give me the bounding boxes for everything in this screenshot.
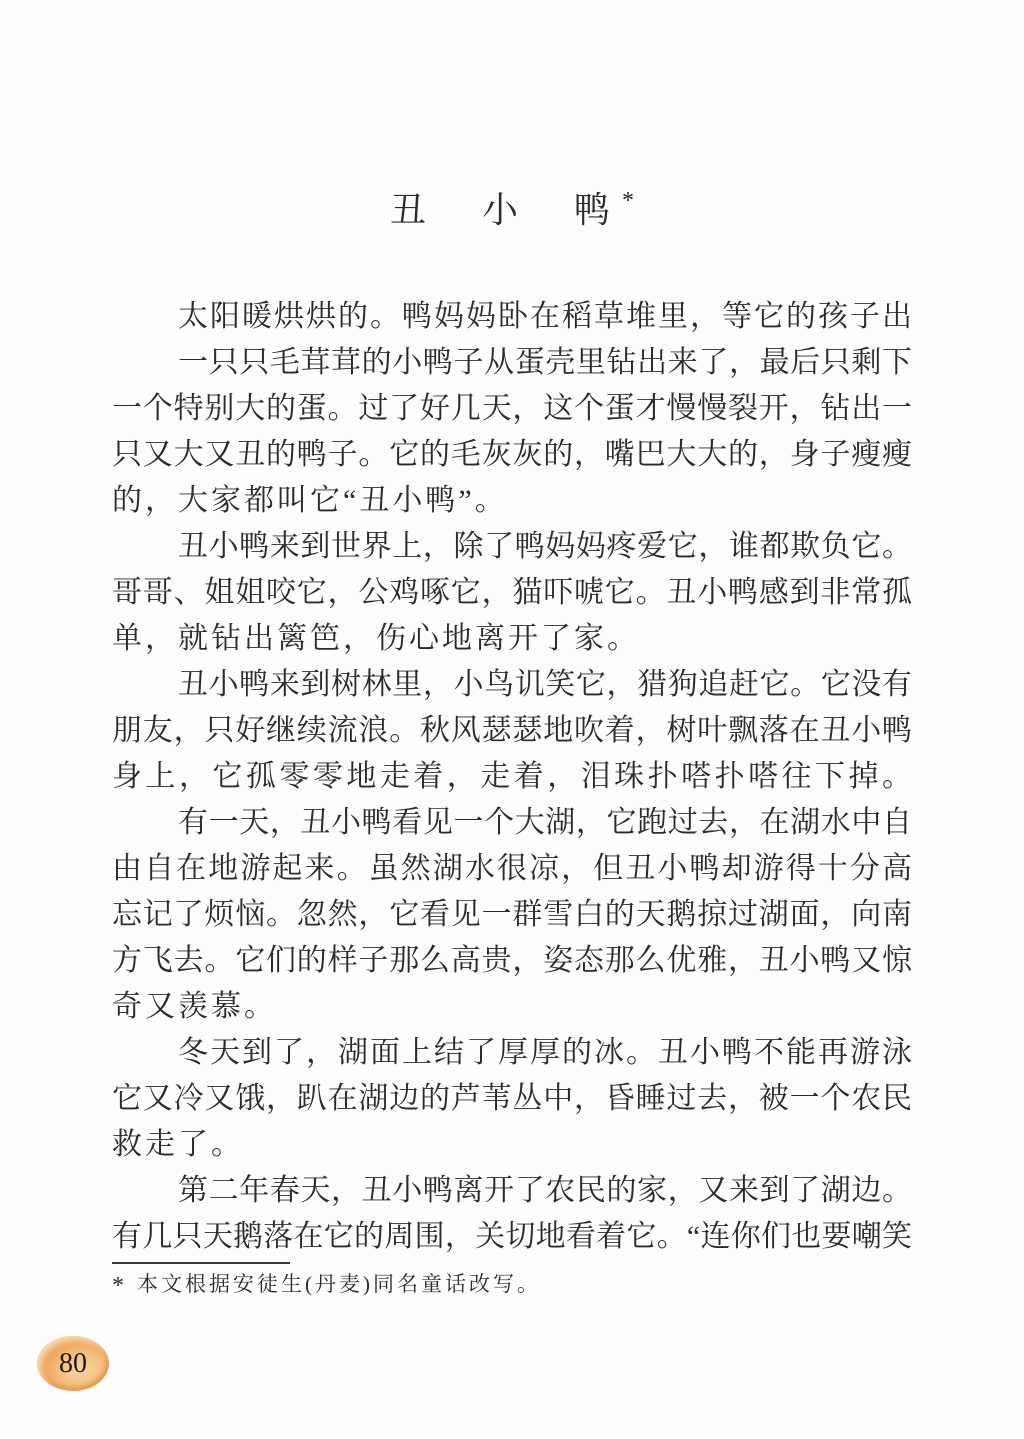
story-text: 太阳暖烘烘的。鸭妈妈卧在稻草堆里，等它的孩子出世。 一只只毛茸茸的小鸭子从蛋壳里… [112,294,912,1260]
text-line: 奇又羡慕。 [112,984,912,1030]
footnote-text-line: *本文根据安徒生(丹麦)同名童话改写。 [112,1271,912,1299]
text-line: 太阳暖烘烘的。鸭妈妈卧在稻草堆里，等它的孩子出世。 [112,294,912,340]
text-line: 身上，它孤零零地走着，走着，泪珠扑嗒扑嗒往下掉。 [112,754,912,800]
text-line: 一只只毛茸茸的小鸭子从蛋壳里钻出来了，最后只剩下 [112,340,912,386]
title-footnote-marker: * [622,188,634,214]
text-line: 冬天到了，湖面上结了厚厚的冰。丑小鸭不能再游泳了， [112,1030,912,1076]
footnote-rule [112,1262,290,1264]
footnote: *本文根据安徒生(丹麦)同名童话改写。 [112,1262,912,1299]
footnote-marker: * [112,1273,127,1299]
text-line: 有一天，丑小鸭看见一个大湖，它跑过去，在湖水中自 [112,800,912,846]
text-line: 的，大家都叫它“丑小鸭”。 [112,478,912,524]
text-line: 只又大又丑的鸭子。它的毛灰灰的，嘴巴大大的，身子瘦瘦 [112,432,912,478]
page-number: 80 [59,1348,87,1380]
text-line: 方飞去。它们的样子那么高贵，姿态那么优雅，丑小鸭又惊 [112,938,912,984]
text-line: 丑小鸭来到世界上，除了鸭妈妈疼爱它，谁都欺负它。 [112,524,912,570]
textbook-page: 丑 小 鸭* 太阳暖烘烘的。鸭妈妈卧在稻草堆里，等它的孩子出世。 一只只毛茸茸的… [0,0,1024,1439]
page-number-badge: 80 [37,1336,109,1391]
page-title: 丑 小 鸭* [0,182,1024,233]
text-line: 它又冷又饿，趴在湖边的芦苇丛中，昏睡过去，被一个农民 [112,1076,912,1122]
text-line: 忘记了烦恼。忽然，它看见一群雪白的天鹅掠过湖面，向南 [112,892,912,938]
text-line: 哥哥、姐姐咬它，公鸡啄它，猫吓唬它。丑小鸭感到非常孤 [112,570,912,616]
text-line: 单，就钻出篱笆，伤心地离开了家。 [112,616,912,662]
text-line: 救走了。 [112,1122,912,1168]
story-title-text: 丑 小 鸭 [390,190,620,230]
text-line: 一个特别大的蛋。过了好几天，这个蛋才慢慢裂开，钻出一 [112,386,912,432]
footnote-text: 本文根据安徒生(丹麦)同名童话改写。 [137,1272,541,1296]
text-line: 丑小鸭来到树林里，小鸟讥笑它，猎狗追赶它。它没有 [112,662,912,708]
text-line: 第二年春天，丑小鸭离开了农民的家，又来到了湖边。 [112,1168,912,1214]
text-line: 朋友，只好继续流浪。秋风瑟瑟地吹着，树叶飘落在丑小鸭 [112,708,912,754]
text-line: 由自在地游起来。虽然湖水很凉，但丑小鸭却游得十分高兴， [112,846,912,892]
text-line: 有几只天鹅落在它的周围，关切地看着它。“连你们也要嘲笑 [112,1214,912,1260]
